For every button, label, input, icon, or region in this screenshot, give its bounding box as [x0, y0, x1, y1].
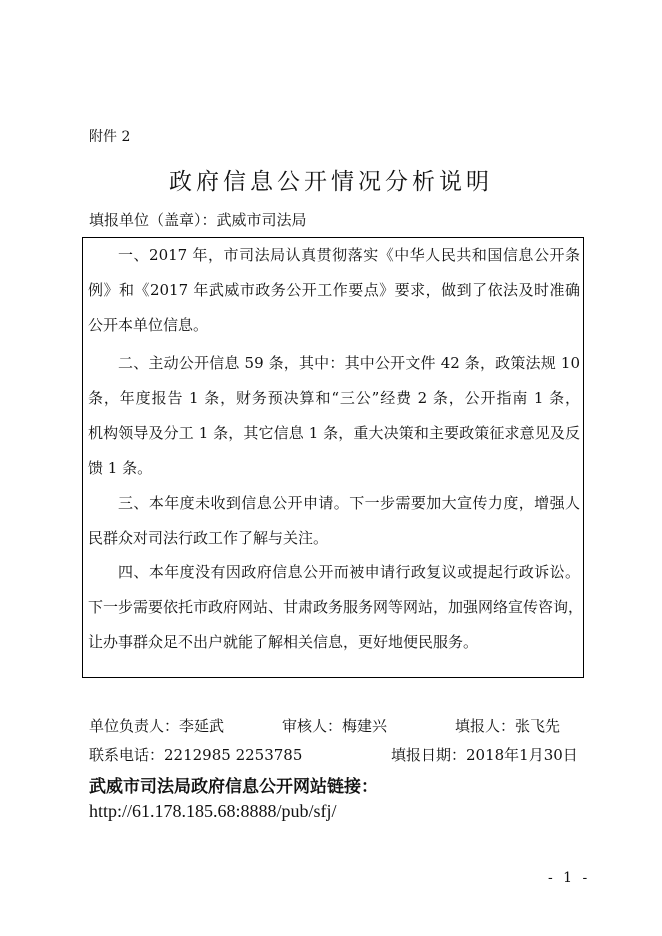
paragraph-line: 三、本年度未收到信息公开申请。下一步需要加大宣传力度，增强人	[88, 486, 580, 521]
paragraph-2: 二、主动公开信息 59 条，其中：其中公开文件 42 条，政策法规 10 条，年…	[88, 346, 580, 486]
paragraph-line: 让办事群众足不出户就能了解相关信息，更好地便民服务。	[88, 625, 580, 660]
contact-phone: 联系电话：2212985 2253785	[89, 744, 302, 765]
paragraph-1: 一、2017 年，市司法局认真贯彻落实《中华人民共和国信息公开条 例》和《201…	[88, 238, 580, 343]
paragraph-line: 四、本年度没有因政府信息公开而被申请行政复议或提起行政诉讼。	[88, 555, 580, 590]
paragraph-line: 民群众对司法行政工作了解与关注。	[88, 521, 580, 556]
paragraph-line: 条，年度报告 1 条，财务预决算和“三公”经费 2 条，公开指南 1 条，	[88, 381, 580, 416]
paragraph-line: 一、2017 年，市司法局认真贯彻落实《中华人民共和国信息公开条	[88, 238, 580, 273]
paragraph-line: 公开本单位信息。	[88, 308, 580, 343]
paragraph-4: 四、本年度没有因政府信息公开而被申请行政复议或提起行政诉讼。 下一步需要依托市政…	[88, 555, 580, 660]
filing-unit: 填报单位（盖章）：武威市司法局	[89, 209, 307, 230]
unit-leader: 单位负责人：李延武	[89, 715, 224, 736]
attachment-label: 附件 2	[89, 126, 130, 146]
document-title: 政府信息公开情况分析说明	[0, 163, 662, 196]
website-link[interactable]: http://61.178.185.68:8888/pub/sfj/	[89, 801, 337, 822]
website-label: 武威市司法局政府信息公开网站链接：	[89, 772, 378, 797]
page-number: - 1 -	[548, 870, 590, 886]
fill-date: 填报日期：2018年1月30日	[391, 744, 578, 765]
paragraph-line: 例》和《2017 年武威市政务公开工作要点》要求，做到了依法及时准确	[88, 273, 580, 308]
paragraph-line: 下一步需要依托市政府网站、甘肃政务服务网等网站，加强网络宣传咨询，	[88, 590, 580, 625]
reviewer: 审核人：梅建兴	[282, 715, 387, 736]
filler: 填报人：张飞先	[455, 715, 560, 736]
paragraph-line: 机构领导及分工 1 条，其它信息 1 条，重大决策和主要政策征求意见及反	[88, 416, 580, 451]
paragraph-3: 三、本年度未收到信息公开申请。下一步需要加大宣传力度，增强人 民群众对司法行政工…	[88, 486, 580, 556]
paragraph-line: 二、主动公开信息 59 条，其中：其中公开文件 42 条，政策法规 10	[88, 346, 580, 381]
paragraph-line: 馈 1 条。	[88, 451, 580, 486]
